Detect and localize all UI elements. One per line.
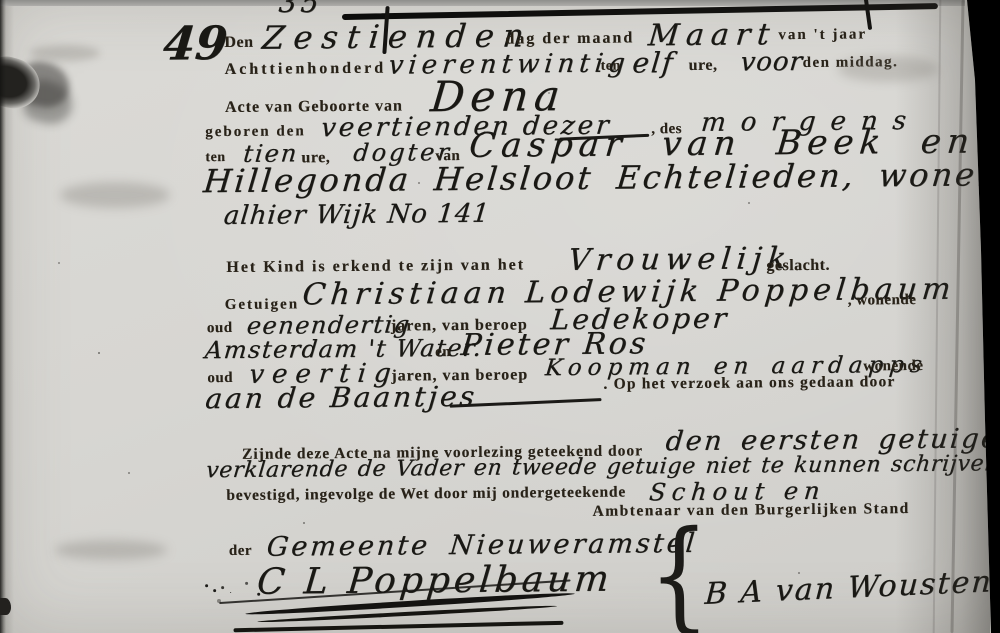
printed-en: en bbox=[435, 344, 451, 361]
handwritten-hour-1: elf bbox=[631, 46, 676, 79]
handwritten-mother-name: Hillegonda Helsloot Echtelieden, wonende bbox=[202, 155, 1000, 200]
printed-der: der bbox=[229, 543, 252, 560]
printed-kind-erkend: Het Kind is erkend te zijn van het bbox=[226, 256, 525, 277]
record-number: 49 bbox=[161, 16, 230, 71]
printed-ten-1: ten bbox=[601, 59, 621, 75]
bleed-smudge-1 bbox=[30, 45, 100, 61]
bottom-stroke bbox=[233, 621, 563, 632]
printed-ambtenaar: Ambtenaar van den Burgerlijken Stand bbox=[592, 500, 909, 521]
scanned-birth-record: 49 Den Zestienden dag der maand Maart va… bbox=[0, 0, 1000, 633]
page-fragment: 35 bbox=[277, 0, 324, 19]
bleed-smudge-2 bbox=[60, 182, 170, 208]
paper-speckles bbox=[98, 352, 100, 354]
handwritten-home-address: alhier Wijk No 141 bbox=[222, 199, 491, 231]
bottom-left-mark bbox=[0, 598, 11, 615]
handwritten-gemeente: Gemeente Nieuweramstel bbox=[265, 528, 699, 563]
handwritten-witness2-address: aan de Baantjes bbox=[204, 380, 479, 415]
printed-ure-1: ure, bbox=[689, 57, 718, 75]
printed-verzoek: . Op het verzoek aan ons gedaan door bbox=[603, 373, 895, 394]
record-content: 49 Den Zestienden dag der maand Maart va… bbox=[0, 0, 1000, 633]
printed-bevestigd: bevestigd, ingevolge de Wet door mij ond… bbox=[226, 484, 626, 505]
paper-page: 49 Den Zestienden dag der maand Maart va… bbox=[0, 0, 1000, 633]
printed-van-t-jaar: van 't jaar bbox=[778, 26, 867, 44]
handwritten-meridiem: voor bbox=[739, 47, 804, 78]
printed-dag-der-maand: dag der maand bbox=[505, 29, 634, 48]
bleed-smudge-4 bbox=[55, 540, 167, 560]
printed-den: Den bbox=[224, 34, 253, 52]
signature-dots bbox=[205, 584, 208, 587]
right-edge-shading bbox=[895, 0, 990, 633]
signature-brace: { bbox=[648, 516, 710, 633]
printed-oud-1: oud bbox=[207, 320, 233, 337]
scan-left-edge bbox=[0, 0, 6, 633]
signature-flourish-2 bbox=[257, 604, 557, 624]
bleed-smudge-3 bbox=[838, 56, 938, 82]
printed-achttienhonderd: Achttienhonderd bbox=[225, 60, 387, 79]
